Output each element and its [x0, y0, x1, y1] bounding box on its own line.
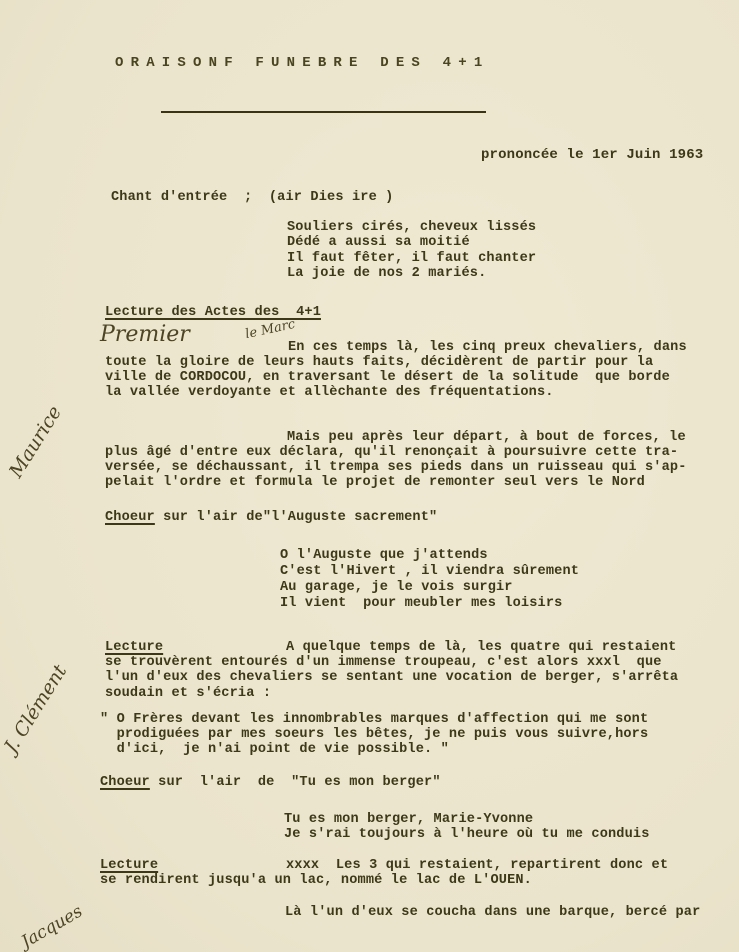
choir-1-verse-3: Au garage, je le vois surgir — [280, 580, 513, 595]
choir-1-verse-1: O l'Auguste que j'attends — [280, 548, 488, 563]
reading-heading-3: Lecture — [100, 858, 158, 873]
reading-4-line-2: se rendirent jusqu'a un lac, nommé le la… — [100, 873, 532, 888]
reading-2-line-3: versée, se déchaussant, il trempa ses pi… — [105, 460, 687, 475]
reading-4-line-3: Là l'un d'eux se coucha dans une barque,… — [285, 905, 700, 920]
handwritten-jacques: Jacques — [18, 901, 86, 952]
document-page: ORAISONF FUNEBRE DES 4+1 prononcée le 1e… — [0, 0, 739, 952]
document-title: ORAISONF FUNEBRE DES 4+1 — [115, 55, 489, 71]
quote-line-1: " O Frères devant les innombrables marqu… — [100, 712, 648, 727]
chant-heading: Chant d'entrée ; (air Dies ire ) — [111, 190, 394, 205]
choir-heading-1: Choeur sur l'air de"l'Auguste sacrement" — [105, 510, 437, 525]
reading-1-line-3: ville de CORDOCOU, en traversant le dése… — [105, 370, 670, 385]
reading-3-line-4: soudain et s'écria : — [105, 686, 271, 701]
reading-2-line-1: Mais peu après leur départ, à bout de fo… — [287, 430, 686, 445]
date-line: prononcée le 1er Juin 1963 — [481, 148, 703, 163]
handwritten-le-marc: le Marc — [244, 317, 297, 342]
reading-heading-2: Lecture — [105, 640, 163, 655]
reading-2-line-4: pelait l'ordre et formula le projet de r… — [105, 475, 645, 490]
handwritten-maurice: Maurice — [5, 402, 66, 482]
title-rule — [161, 111, 486, 113]
reading-1-line-4: la vallée verdoyante et allèchante des f… — [105, 385, 554, 400]
reading-1-line-2: toute la gloire de leurs hauts faits, dé… — [105, 355, 653, 370]
choir-2-verse-1: Tu es mon berger, Marie-Yvonne — [284, 812, 533, 827]
chant-verse-4: La joie de nos 2 mariés. — [287, 266, 486, 281]
handwritten-j-clement: J. Clément — [0, 661, 71, 757]
chant-verse-3: Il faut fêter, il faut chanter — [287, 251, 536, 266]
choir-1-verse-2: C'est l'Hivert , il viendra sûrement — [280, 564, 579, 579]
reading-3-line-3: l'un d'eux des chevaliers se sentant une… — [105, 670, 678, 685]
choir-heading-2: Choeur sur l'air de "Tu es mon berger" — [100, 775, 441, 790]
reading-4-line-1: xxxx Les 3 qui restaient, repartirent do… — [286, 858, 668, 873]
choir-2-verse-2: Je s'rai toujours à l'heure où tu me con… — [284, 827, 650, 842]
chant-verse-1: Souliers cirés, cheveux lissés — [287, 220, 536, 235]
handwritten-premier: Premier — [100, 322, 190, 347]
quote-line-3: d'ici, je n'ai point de vie possible. " — [100, 742, 449, 757]
reading-2-line-2: plus âgé d'entre eux déclara, qu'il reno… — [105, 445, 678, 460]
choir-1-verse-4: Il vient pour meubler mes loisirs — [280, 596, 562, 611]
reading-3-line-2: se trouvèrent entourés d'un immense trou… — [105, 655, 662, 670]
quote-line-2: prodiguées par mes soeurs les bêtes, je … — [100, 727, 648, 742]
chant-verse-2: Dédé a aussi sa moitié — [287, 235, 470, 250]
reading-1-line-1: En ces temps là, les cinq preux chevalie… — [288, 340, 687, 355]
reading-3-line-1: A quelque temps de là, les quatre qui re… — [286, 640, 676, 655]
